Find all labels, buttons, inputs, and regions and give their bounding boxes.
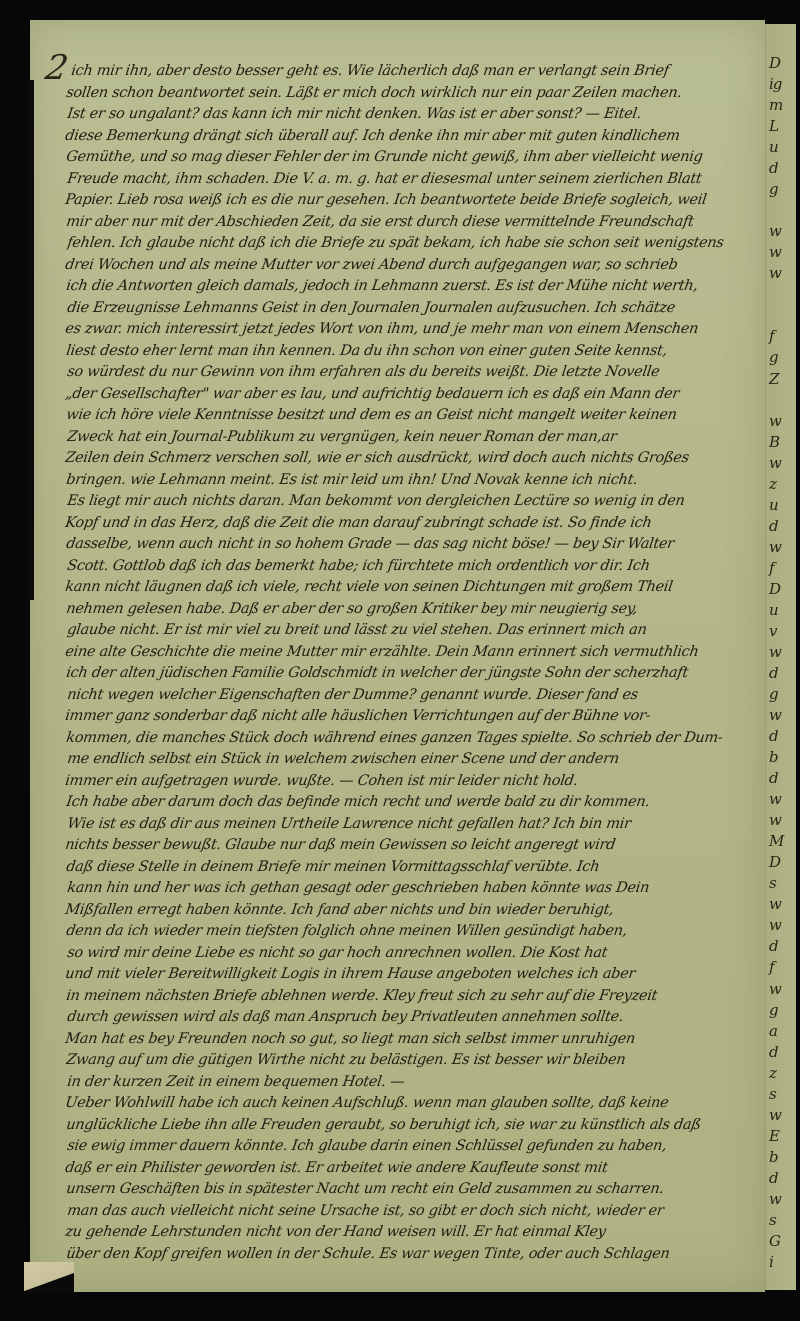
adjacent-page-fragment: a (769, 1022, 777, 1040)
adjacent-page-fragment: d (769, 727, 778, 745)
adjacent-page-fragment: s (769, 1211, 776, 1229)
handwritten-line: Kopf und in das Herz, daß die Zeit die m… (64, 514, 747, 532)
adjacent-page-fragment: f (769, 958, 774, 976)
adjacent-page-fragment: w (769, 264, 781, 282)
adjacent-page-fragment: g (769, 685, 778, 703)
handwritten-line: kann nicht läugnen daß ich viele, recht … (64, 578, 747, 596)
handwritten-line: Zwang auf um die gütigen Wirthe nicht zu… (65, 1051, 748, 1069)
handwritten-line: Man hat es bey Freunden noch so gut, so … (64, 1030, 747, 1048)
adjacent-page-fragment: D (769, 54, 780, 72)
handwritten-line: in der kurzen Zeit in einem bequemen Hot… (66, 1073, 749, 1091)
adjacent-page-fragment: s (769, 1085, 776, 1103)
adjacent-page-fragment: z (769, 1064, 776, 1082)
handwritten-line: me endlich selbst ein Stück in welchem z… (66, 750, 749, 768)
handwritten-line: nichts besser bewußt. Glaube nur daß mei… (64, 836, 747, 854)
handwritten-line: Mißfallen erregt haben könnte. Ich fand … (64, 901, 747, 919)
handwritten-line: glaube nicht. Er ist mir viel zu breit u… (66, 621, 749, 639)
handwritten-line: sollen schon beantwortet sein. Läßt er m… (65, 84, 748, 102)
adjacent-page-fragment: L (769, 117, 778, 135)
handwritten-line: Ich habe aber darum doch das befinde mic… (65, 793, 748, 811)
adjacent-page-fragment: d (769, 769, 778, 787)
adjacent-page-fragment: z (769, 475, 776, 493)
adjacent-page-fragment: Z (769, 370, 778, 388)
adjacent-page-fragment: d (769, 1043, 778, 1061)
handwritten-line: nicht wegen welcher Eigenschaften der Du… (66, 686, 749, 704)
handwritten-line: immer ein aufgetragen wurde. wußte. — Co… (64, 772, 747, 790)
handwritten-line: fehlen. Ich glaube nicht daß ich die Bri… (66, 234, 749, 252)
adjacent-page-fragment: M (769, 832, 783, 850)
handwritten-line: liest desto eher lernt man ihn kennen. D… (65, 342, 748, 360)
handwritten-line: Zeilen dein Schmerz verschen soll, wie e… (64, 449, 747, 467)
adjacent-page-fragment: w (769, 1190, 781, 1208)
adjacent-page-fragment: w (769, 538, 781, 556)
adjacent-page-fragment: w (769, 412, 781, 430)
handwritten-line: eine alte Geschichte die meine Mutter mi… (64, 643, 747, 661)
adjacent-page-fragment: g (769, 180, 778, 198)
adjacent-page-fragment: u (769, 601, 778, 619)
handwritten-line: kann hin und her was ich gethan gesagt o… (66, 879, 749, 897)
adjacent-page-fragment: i (769, 1253, 773, 1271)
adjacent-page-fragment: m (769, 96, 782, 114)
adjacent-page-strip: DigmLudgwwwfgZwBwzudwfDuvwdgwdbdwwMDswwd… (765, 24, 796, 1290)
handwritten-line: daß er ein Philister geworden ist. Er ar… (64, 1159, 747, 1177)
adjacent-page-fragment: d (769, 517, 778, 535)
handwritten-line: es zwar. mich interessirt jetzt jedes Wo… (64, 320, 747, 338)
torn-corner (24, 1262, 74, 1292)
adjacent-page-fragment: f (769, 327, 774, 345)
adjacent-page-fragment: u (769, 496, 778, 514)
adjacent-page-fragment: w (769, 643, 781, 661)
handwritten-line: ich die Antworten gleich damals, jedoch … (65, 277, 748, 295)
handwritten-line: daß diese Stelle in deinem Briefe mir me… (65, 858, 748, 876)
adjacent-page-fragment: b (769, 748, 778, 766)
adjacent-page-fragment: w (769, 1106, 781, 1124)
adjacent-page-fragment: w (769, 706, 781, 724)
adjacent-page-fragment: w (769, 243, 781, 261)
adjacent-page-fragment: B (769, 433, 779, 451)
adjacent-page-fragment: s (769, 874, 776, 892)
handwritten-line: immer ganz sonderbar daß nicht alle häus… (64, 707, 747, 725)
handwritten-line: ich mir ihn, aber desto besser geht es. … (70, 62, 753, 80)
adjacent-page-fragment: w (769, 790, 781, 808)
handwritten-line: Ist er so ungalant? das kann ich mir nic… (66, 105, 749, 123)
adjacent-page-fragment: u (769, 138, 778, 156)
adjacent-page-fragment: w (769, 454, 781, 472)
adjacent-page-fragment: d (769, 937, 778, 955)
handwritten-line: in meinem nächsten Briefe ablehnen werde… (65, 987, 748, 1005)
handwritten-line: wie ich höre viele Kenntnisse besitzt un… (65, 406, 748, 424)
adjacent-page-fragment: w (769, 222, 781, 240)
handwritten-line: Gemüthe, und so mag dieser Fehler der im… (65, 148, 748, 166)
handwritten-line: unsern Geschäften bis in spätester Nacht… (65, 1180, 748, 1198)
handwritten-line: bringen. wie Lehmann meint. Es ist mir l… (65, 471, 748, 489)
adjacent-page-fragment: D (769, 853, 780, 871)
handwritten-line: die Erzeugnisse Lehmanns Geist in den Jo… (66, 299, 749, 317)
handwritten-line: über den Kopf greifen wollen in der Schu… (65, 1245, 748, 1263)
handwritten-line: mir aber nur mit der Abschieden Zeit, da… (65, 213, 748, 231)
handwritten-line: Ueber Wohlwill habe ich auch keinen Aufs… (64, 1094, 747, 1112)
handwritten-line: drei Wochen und als meine Mutter vor zwe… (64, 256, 747, 274)
handwritten-line: dasselbe, wenn auch nicht in so hohem Gr… (65, 535, 748, 553)
handwritten-line: nehmen gelesen habe. Daß er aber der so … (65, 600, 748, 618)
adjacent-page-fragment: d (769, 1169, 778, 1187)
adjacent-page-fragment: d (769, 664, 778, 682)
adjacent-page-fragment: w (769, 980, 781, 998)
handwritten-line: zu gehende Lehrstunden nicht von der Han… (64, 1223, 747, 1241)
adjacent-page-fragment: ig (769, 75, 781, 93)
handwritten-line: unglückliche Liebe ihn alle Freuden gera… (65, 1116, 748, 1134)
adjacent-page-fragment: d (769, 159, 778, 177)
adjacent-page-fragment: b (769, 1148, 778, 1166)
handwritten-line: Papier. Lieb rosa weiß ich es die nur ge… (64, 191, 747, 209)
handwritten-line: man das auch vielleicht nicht seine Ursa… (66, 1202, 749, 1220)
adjacent-page-fragment: w (769, 916, 781, 934)
handwritten-line: diese Bemerkung drängt sich überall auf.… (64, 127, 747, 145)
adjacent-page-fragment: D (769, 580, 780, 598)
handwritten-line: denn da ich wieder mein tiefsten folglic… (65, 922, 748, 940)
adjacent-page-fragment: w (769, 895, 781, 913)
handwritten-line: kommen, die manches Stück doch während e… (65, 729, 748, 747)
handwritten-line: Wie ist es daß dir aus meinen Urtheile L… (66, 815, 749, 833)
handwritten-line: sie ewig immer dauern könnte. Ich glaube… (66, 1137, 749, 1155)
handwritten-line: Freude macht, ihm schaden. Die V. a. m. … (66, 170, 749, 188)
handwritten-line: „der Gesellschafter" war aber es lau, un… (64, 385, 747, 403)
handwritten-line: so würdest du nur Gewinn von ihm erfahre… (66, 363, 749, 381)
adjacent-page-fragment: G (769, 1232, 780, 1250)
adjacent-page-fragment: f (769, 559, 774, 577)
handwritten-line: so wird mir deine Liebe es nicht so gar … (66, 944, 749, 962)
adjacent-page-fragment: w (769, 811, 781, 829)
handwritten-line: Es liegt mir auch nichts daran. Man beko… (66, 492, 749, 510)
adjacent-page-fragment: E (769, 1127, 779, 1145)
handwritten-line: durch gewissen wird als daß man Anspruch… (66, 1008, 749, 1026)
adjacent-page-fragment: g (769, 348, 778, 366)
handwritten-line: ich der alten jüdischen Familie Goldschm… (65, 664, 748, 682)
adjacent-page-fragment: g (769, 1001, 778, 1019)
handwritten-line: und mit vieler Bereitwilligkeit Logis in… (64, 965, 747, 983)
handwritten-line: Scott. Gottlob daß ich das bemerkt habe;… (66, 557, 749, 575)
adjacent-page-fragment: v (769, 622, 776, 640)
handwritten-line: Zweck hat ein Journal-Publikum zu vergnü… (66, 428, 749, 446)
